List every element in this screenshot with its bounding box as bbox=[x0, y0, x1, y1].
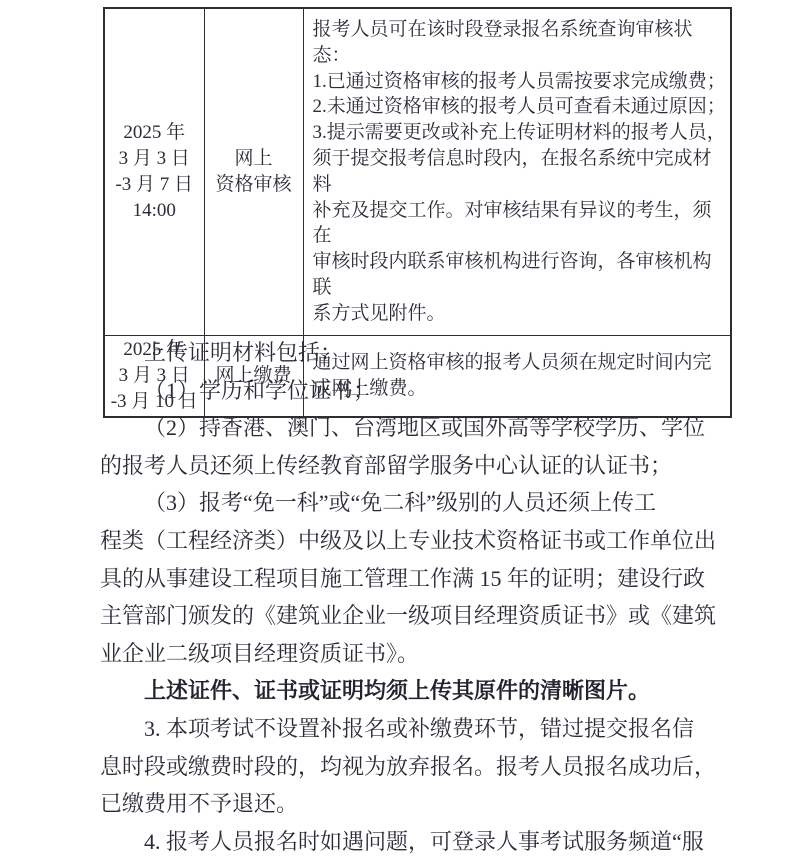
paragraph-material-item-3: （3）报考“免一科”或“免二科”级别的人员还须上传工 程类（工程经济类）中级及以… bbox=[100, 484, 745, 672]
paragraph-material-item-1: （1）学历和学位证书； bbox=[100, 372, 745, 410]
paragraph-material-item-2: （2）持香港、澳门、台湾地区或国外高等学校学历、学位 的报考人员还须上传经教育部… bbox=[100, 409, 745, 484]
review-stage-cell: 网上 资格审核 bbox=[204, 8, 303, 335]
paragraph-original-image-requirement: 上述证件、证书或证明均须上传其原件的清晰图片。 bbox=[100, 672, 745, 710]
paragraph-rule-3-no-makeup-registration: 3. 本项考试不设置补报名或补缴费环节，错过提交报名信 息时段或缴费时段的，均视… bbox=[100, 710, 745, 823]
review-description-cell: 报考人员可在该时段登录报名系统查询审核状态： 1.已通过资格审核的报考人员需按要… bbox=[303, 8, 731, 335]
review-period-cell: 2025 年 3 月 3 日 -3 月 7 日 14:00 bbox=[104, 8, 204, 335]
paragraph-upload-materials-intro: 上传证明材料包括： bbox=[100, 334, 745, 372]
table-row-online-review: 2025 年 3 月 3 日 -3 月 7 日 14:00 网上 资格审核 报考… bbox=[104, 8, 731, 335]
notice-body-text: 上传证明材料包括： （1）学历和学位证书； （2）持香港、澳门、台湾地区或国外高… bbox=[100, 334, 745, 859]
paragraph-rule-4-help-channel: 4. 报考人员报名时如遇问题，可登录人事考试服务频道“服 bbox=[100, 823, 745, 859]
